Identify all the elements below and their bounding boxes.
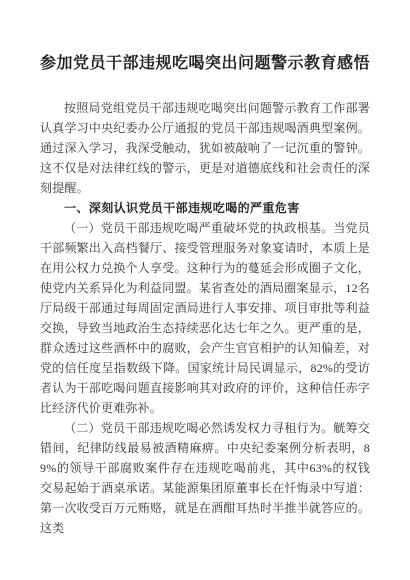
document-title: 参加党员干部违规吃喝突出问题警示教育感悟 — [40, 52, 370, 76]
intro-paragraph: 按照局党组党员干部违规吃喝突出问题警示教育工作部署认真学习中央纪委办公厅通报的党… — [40, 98, 370, 198]
section1-paragraph-2: （二）党员干部违规吃喝必然诱发权力寻租行为。觥筹交错间，纪律防线最易被酒精麻痹。… — [40, 418, 370, 538]
section-heading-1: 一、深刻认识党员干部违规吃喝的严重危害 — [40, 198, 370, 218]
document-page: 参加党员干部违规吃喝突出问题警示教育感悟 按照局党组党员干部违规吃喝突出问题警示… — [0, 0, 410, 580]
section1-paragraph-1: （一）党员干部违规吃喝严重破坏党的执政根基。当党员干部频繁出入高档餐厅、接受管理… — [40, 218, 370, 418]
